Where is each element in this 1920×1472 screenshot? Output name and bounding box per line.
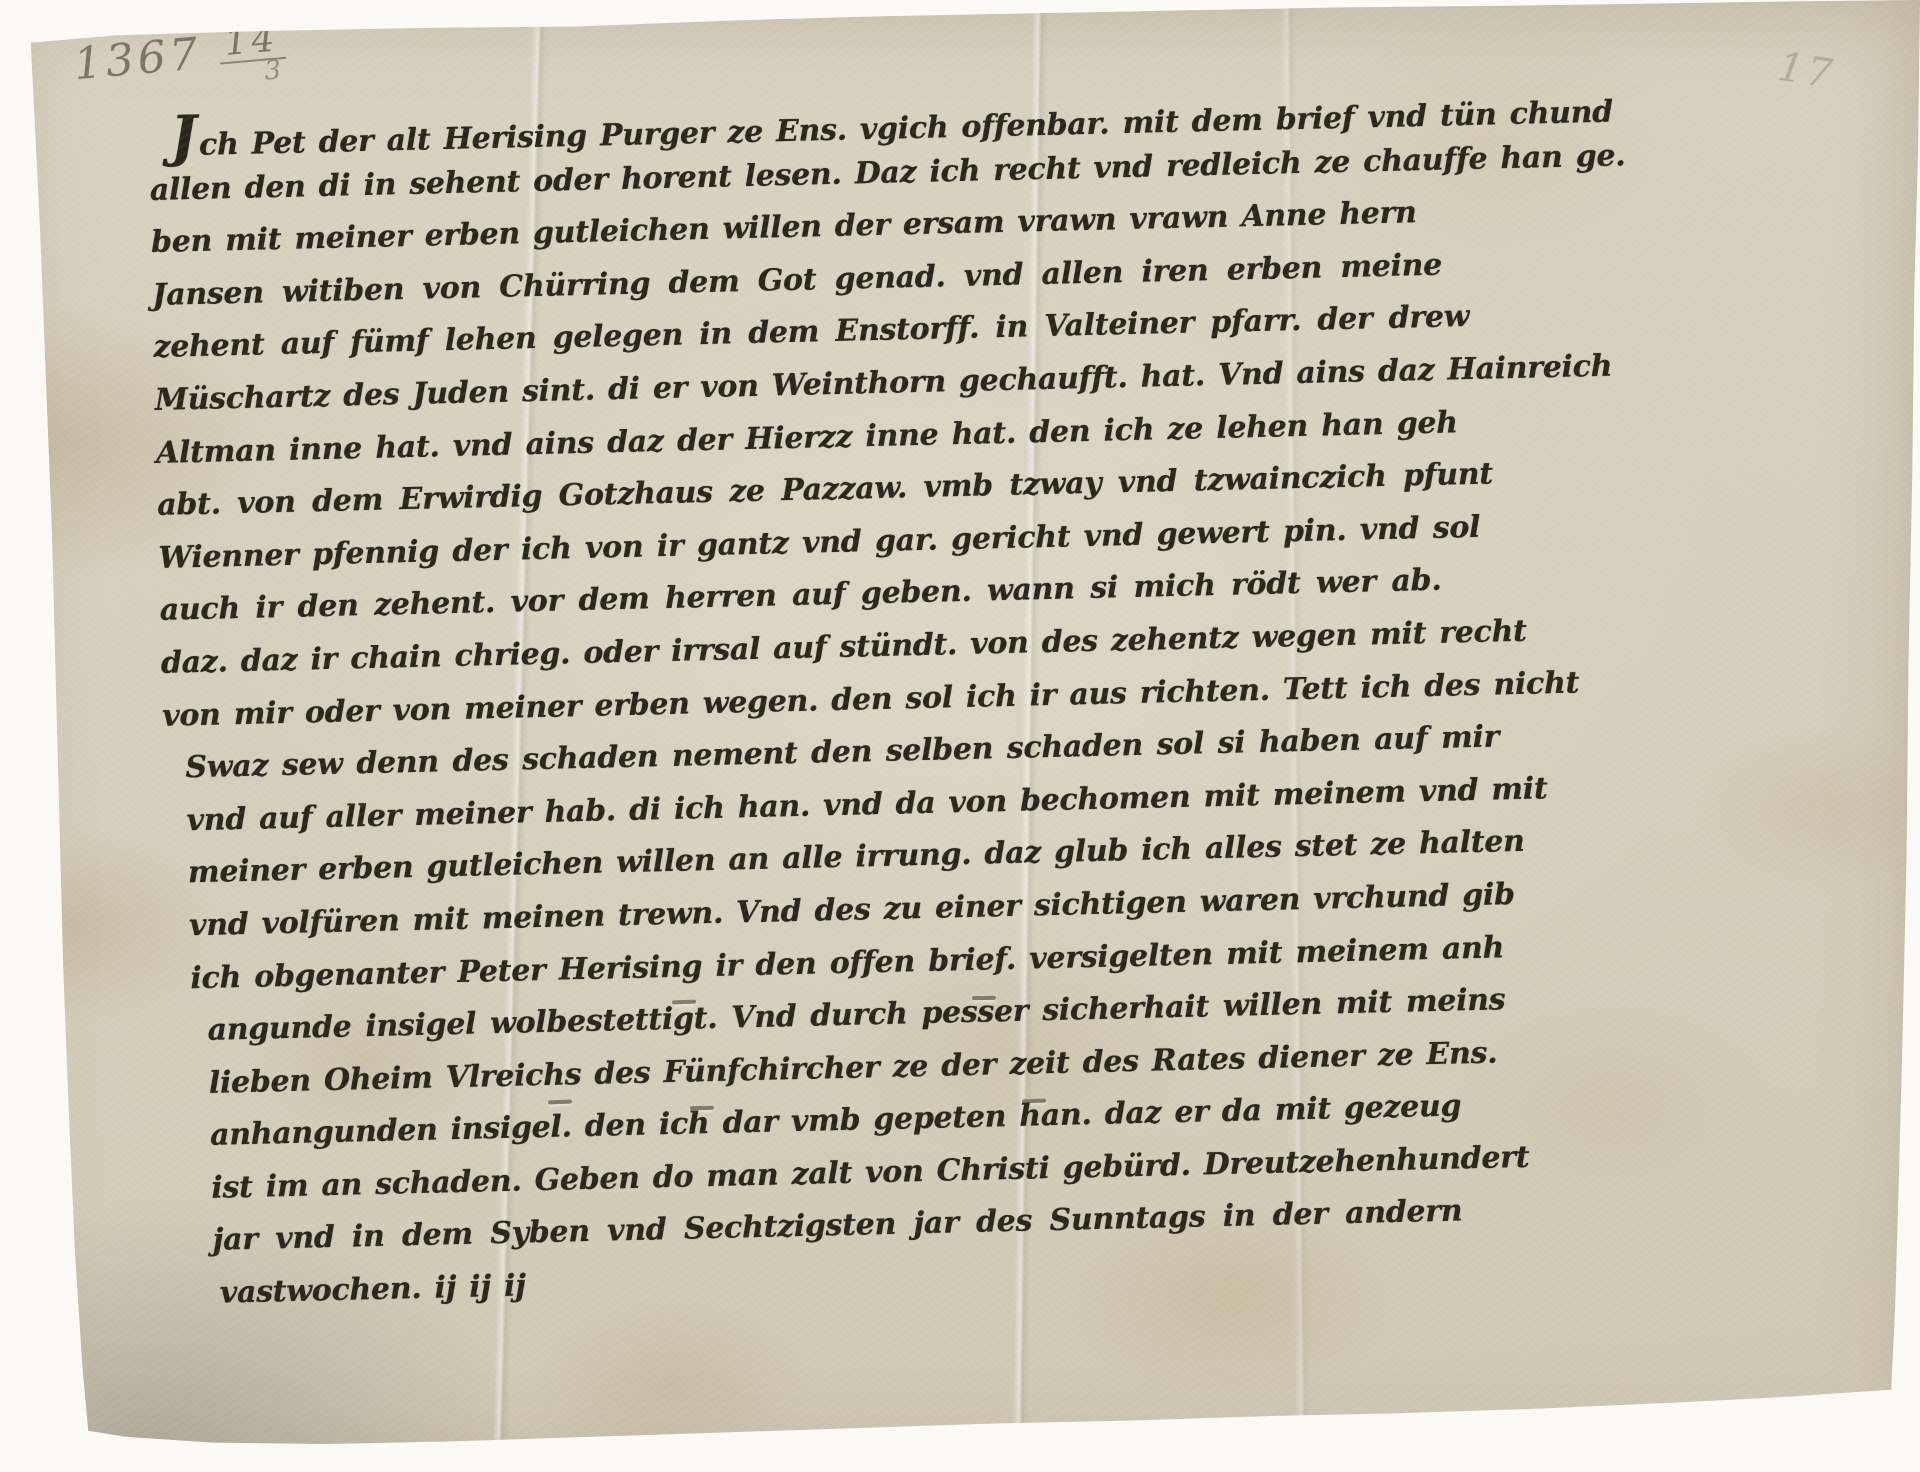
pencil-archival-note: 1367 14 3 <box>72 21 288 101</box>
pencil-corner-number: 17 <box>1775 44 1838 98</box>
pencil-month: 3 <box>264 59 287 84</box>
pencil-year: 1367 <box>72 28 204 90</box>
pencil-day-month: 14 3 <box>217 23 288 88</box>
parchment-sheet: 1367 14 3 17 Jch Pet der alt Herising Pu… <box>0 0 1920 1472</box>
charter-text-block: Jch Pet der alt Herising Purger ze Ens. … <box>148 81 1512 1322</box>
scanned-charter-page: { "colors": { "background": "#fbfaf7", "… <box>0 0 1920 1472</box>
